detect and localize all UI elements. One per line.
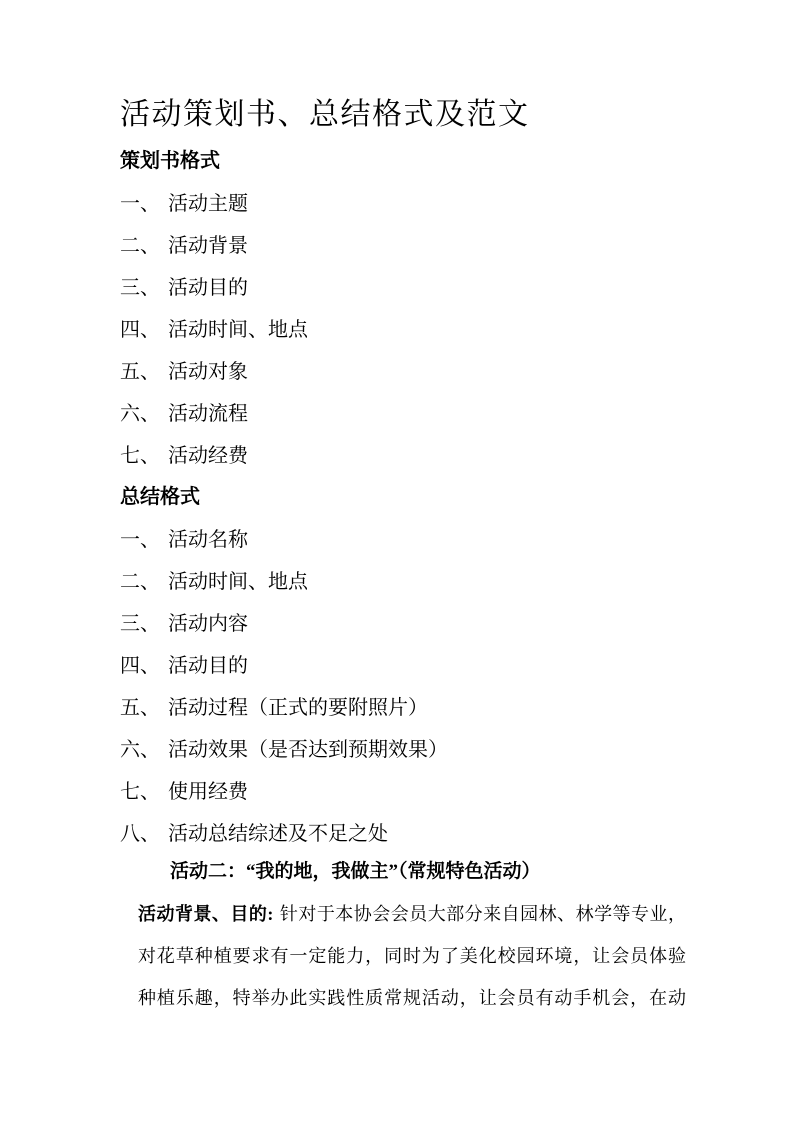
paragraph-line: 种植乐趣，特举办此实践性质常规活动，让会员有动手机会，在动 — [138, 977, 686, 1019]
list-item-text: 活动目的 — [168, 655, 248, 677]
document-page: 活动策划书、总结格式及范文 策划书格式 一、活动主题 二、活动背景 三、活动目的… — [0, 0, 794, 1123]
list-item-text: 活动名称 — [168, 529, 248, 551]
list-item-number: 五、 — [120, 687, 168, 729]
list-item: 七、活动经费 — [120, 435, 686, 477]
paragraph-label: 活动背景、目的: — [138, 904, 279, 924]
list-item-text: 活动流程 — [168, 403, 248, 425]
section-heading-plan-format: 策划书格式 — [120, 147, 686, 175]
document-title: 活动策划书、总结格式及范文 — [120, 97, 686, 133]
list-item-number: 八、 — [120, 813, 168, 855]
list-item-number: 三、 — [120, 603, 168, 645]
paragraph-line: 活动背景、目的:针对于本协会会员大部分来自园林、林学等专业， — [138, 893, 686, 935]
list-item: 五、活动对象 — [120, 351, 686, 393]
list-item-text: 活动内容 — [168, 613, 248, 635]
list-item-text: 活动经费 — [168, 445, 248, 467]
list-item-text: 活动过程（正式的要附照片） — [168, 697, 428, 719]
list-item-text: 活动对象 — [168, 361, 248, 383]
list-item: 五、活动过程（正式的要附照片） — [120, 687, 686, 729]
list-item: 六、活动流程 — [120, 393, 686, 435]
list-item-text: 活动时间、地点 — [168, 571, 308, 593]
list-item: 三、活动内容 — [120, 603, 686, 645]
body-paragraph: 活动背景、目的:针对于本协会会员大部分来自园林、林学等专业， 对花草种植要求有一… — [138, 893, 686, 1019]
list-item-number: 七、 — [120, 771, 168, 813]
list-item-text: 活动总结综述及不足之处 — [168, 823, 388, 845]
plan-format-list: 一、活动主题 二、活动背景 三、活动目的 四、活动时间、地点 五、活动对象 六、… — [120, 183, 686, 477]
list-item: 二、活动时间、地点 — [120, 561, 686, 603]
list-item: 七、使用经费 — [120, 771, 686, 813]
list-item-number: 二、 — [120, 561, 168, 603]
summary-format-list: 一、活动名称 二、活动时间、地点 三、活动内容 四、活动目的 五、活动过程（正式… — [120, 519, 686, 855]
list-item-number: 四、 — [120, 645, 168, 687]
paragraph-line: 对花草种植要求有一定能力，同时为了美化校园环境，让会员体验 — [138, 935, 686, 977]
list-item-number: 六、 — [120, 729, 168, 771]
activity-subtitle: 活动二：“我的地，我做主”（常规特色活动） — [170, 857, 686, 887]
list-item: 四、活动目的 — [120, 645, 686, 687]
list-item-text: 活动主题 — [168, 193, 248, 215]
paragraph-text: 针对于本协会会员大部分来自园林、林学等专业， — [279, 904, 686, 924]
list-item-number: 四、 — [120, 309, 168, 351]
list-item-number: 七、 — [120, 435, 168, 477]
list-item: 四、活动时间、地点 — [120, 309, 686, 351]
list-item-number: 六、 — [120, 393, 168, 435]
list-item: 一、活动名称 — [120, 519, 686, 561]
list-item-number: 二、 — [120, 225, 168, 267]
list-item: 一、活动主题 — [120, 183, 686, 225]
list-item-text: 活动效果（是否达到预期效果） — [168, 739, 448, 761]
list-item-number: 三、 — [120, 267, 168, 309]
list-item: 六、活动效果（是否达到预期效果） — [120, 729, 686, 771]
list-item-text: 使用经费 — [168, 781, 248, 803]
list-item-number: 一、 — [120, 519, 168, 561]
list-item-text: 活动目的 — [168, 277, 248, 299]
section-heading-summary-format: 总结格式 — [120, 483, 686, 511]
list-item-text: 活动背景 — [168, 235, 248, 257]
list-item-text: 活动时间、地点 — [168, 319, 308, 341]
list-item: 八、活动总结综述及不足之处 — [120, 813, 686, 855]
list-item-number: 五、 — [120, 351, 168, 393]
list-item: 三、活动目的 — [120, 267, 686, 309]
list-item-number: 一、 — [120, 183, 168, 225]
list-item: 二、活动背景 — [120, 225, 686, 267]
